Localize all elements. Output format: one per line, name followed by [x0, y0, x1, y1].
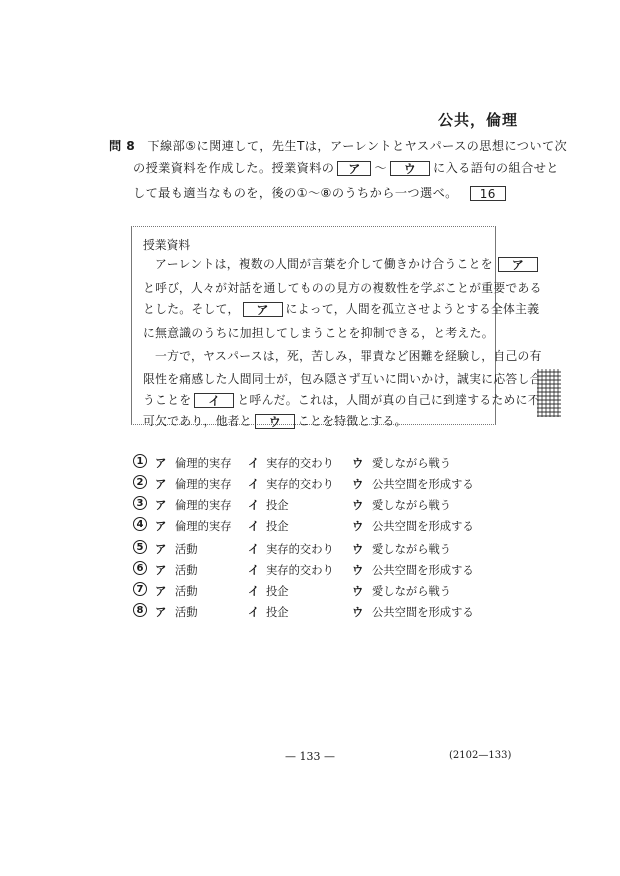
- question-line-3: して最も適当なものを，後の①～⑧のうちから一つ選べ。16: [133, 184, 509, 202]
- subject-header: 公共，倫理: [438, 109, 518, 130]
- key-a: ア: [155, 604, 166, 620]
- key-u: ウ: [352, 562, 363, 578]
- value-a: 倫理的実存: [175, 455, 232, 471]
- choice-option-5[interactable]: 5ア活動イ実存的交わりウ愛しながら戦う: [133, 541, 483, 561]
- value-u: 公共空間を形成する: [372, 476, 474, 492]
- material-line: 限性を痛感した人間同士が，包み隠さず互いに問いかけ，誠実に応答し合: [143, 370, 542, 387]
- key-a: ア: [155, 455, 166, 471]
- material-title: 授業資料: [143, 236, 190, 253]
- key-u: ウ: [352, 497, 363, 513]
- blank-u: ウ: [255, 414, 295, 429]
- key-i: イ: [248, 497, 259, 513]
- value-a: 活動: [175, 562, 198, 578]
- key-u: ウ: [352, 604, 363, 620]
- key-a: ア: [155, 497, 166, 513]
- choice-number-icon: 7: [133, 582, 147, 596]
- blank-a: ア: [243, 302, 283, 317]
- material-text: と呼んだ。これは，人間が真の自己に到達するために不: [237, 393, 539, 407]
- question-line-1: 問 8 下線部⑤に関連して，先生Tは，アーレントとヤスパースの思想について次: [109, 137, 567, 155]
- choice-number-icon: 2: [133, 475, 147, 489]
- value-u: 愛しながら戦う: [372, 541, 451, 557]
- value-i: 実存的交わり: [266, 476, 334, 492]
- choice-number-icon: 6: [133, 561, 147, 575]
- value-u: 愛しながら戦う: [372, 583, 451, 599]
- value-i: 投企: [266, 497, 289, 513]
- edge-index-tab: [537, 369, 561, 417]
- value-i: 投企: [266, 518, 289, 534]
- material-line: うことをイと呼んだ。これは，人間が真の自己に到達するために不: [143, 391, 540, 408]
- material-text: アーレントは，複数の人間が言葉を介して働きかけ合うことを: [155, 257, 493, 271]
- value-a: 活動: [175, 541, 198, 557]
- key-i: イ: [248, 604, 259, 620]
- material-text: によって，人間を孤立させようとする全体主義: [286, 302, 540, 316]
- key-i: イ: [248, 541, 259, 557]
- material-text: ことを特徴とする。: [298, 414, 407, 428]
- value-i: 実存的交わり: [266, 562, 334, 578]
- material-text: 可欠であり，他者と: [143, 414, 252, 428]
- material-line: と呼び，人々が対話を通してものの見方の複数性を学ぶことが重要である: [143, 279, 542, 296]
- value-i: 投企: [266, 583, 289, 599]
- value-a: 活動: [175, 604, 198, 620]
- answer-number-box: 16: [470, 186, 506, 201]
- key-a: ア: [155, 583, 166, 599]
- material-line: 可欠であり，他者とウことを特徴とする。: [143, 412, 407, 429]
- key-u: ウ: [352, 583, 363, 599]
- value-u: 公共空間を形成する: [372, 562, 474, 578]
- choice-option-7[interactable]: 7ア活動イ投企ウ愛しながら戦う: [133, 583, 483, 603]
- page-number: — 133 —: [285, 750, 335, 763]
- tilde: ～: [374, 161, 387, 175]
- key-i: イ: [248, 476, 259, 492]
- blank-a: ア: [498, 257, 538, 272]
- choice-option-2[interactable]: 2ア倫理的実存イ実存的交わりウ公共空間を形成する: [133, 476, 483, 496]
- material-line: とした。そして，アによって，人間を孤立させようとする全体主義: [143, 300, 539, 317]
- question-text: に入る語句の組合せと: [433, 161, 559, 175]
- value-a: 倫理的実存: [175, 497, 232, 513]
- key-i: イ: [248, 455, 259, 471]
- choice-number-icon: 1: [133, 454, 147, 468]
- key-i: イ: [248, 562, 259, 578]
- value-i: 投企: [266, 604, 289, 620]
- key-u: ウ: [352, 455, 363, 471]
- value-u: 愛しながら戦う: [372, 497, 451, 513]
- key-a: ア: [155, 518, 166, 534]
- question-number: 問 8: [109, 139, 135, 153]
- blank-u: ウ: [390, 161, 430, 176]
- choice-number-icon: 5: [133, 540, 147, 554]
- material-line: アーレントは，複数の人間が言葉を介して働きかけ合うことをア: [155, 255, 541, 272]
- value-a: 倫理的実存: [175, 518, 232, 534]
- key-u: ウ: [352, 518, 363, 534]
- key-u: ウ: [352, 476, 363, 492]
- key-a: ア: [155, 541, 166, 557]
- key-i: イ: [248, 583, 259, 599]
- question-line-2: の授業資料を作成した。授業資料のア～ウに入る語句の組合せと: [133, 159, 559, 177]
- key-i: イ: [248, 518, 259, 534]
- choice-option-4[interactable]: 4ア倫理的実存イ投企ウ公共空間を形成する: [133, 518, 483, 538]
- blank-i: イ: [194, 393, 234, 408]
- key-u: ウ: [352, 541, 363, 557]
- value-a: 活動: [175, 583, 198, 599]
- material-line: 一方で，ヤスパースは，死，苦しみ，罪責など困難を経験し，自己の有: [155, 347, 542, 364]
- choice-option-1[interactable]: 1ア倫理的実存イ実存的交わりウ愛しながら戦う: [133, 455, 483, 475]
- question-text: 下線部⑤に関連して，先生Tは，アーレントとヤスパースの思想について次: [147, 139, 567, 153]
- choice-option-8[interactable]: 8ア活動イ投企ウ公共空間を形成する: [133, 604, 483, 624]
- choice-number-icon: 3: [133, 496, 147, 510]
- material-text: とした。そして，: [143, 302, 240, 316]
- choice-option-6[interactable]: 6ア活動イ実存的交わりウ公共空間を形成する: [133, 562, 483, 582]
- choice-number-icon: 4: [133, 517, 147, 531]
- key-a: ア: [155, 476, 166, 492]
- value-u: 公共空間を形成する: [372, 604, 474, 620]
- choice-option-3[interactable]: 3ア倫理的実存イ投企ウ愛しながら戦う: [133, 497, 483, 517]
- value-i: 実存的交わり: [266, 455, 334, 471]
- blank-a: ア: [337, 161, 371, 176]
- key-a: ア: [155, 562, 166, 578]
- question-text: の授業資料を作成した。授業資料の: [133, 161, 334, 175]
- value-u: 愛しながら戦う: [372, 455, 451, 471]
- material-line: に無意識のうちに加担してしまうことを抑制できる，と考えた。: [143, 324, 494, 341]
- choice-number-icon: 8: [133, 603, 147, 617]
- value-u: 公共空間を形成する: [372, 518, 474, 534]
- material-text: うことを: [143, 393, 191, 407]
- value-i: 実存的交わり: [266, 541, 334, 557]
- page-code: (2102—133): [449, 750, 511, 761]
- value-a: 倫理的実存: [175, 476, 232, 492]
- question-text: して最も適当なものを，後の①～⑧のうちから一つ選べ。: [133, 186, 458, 200]
